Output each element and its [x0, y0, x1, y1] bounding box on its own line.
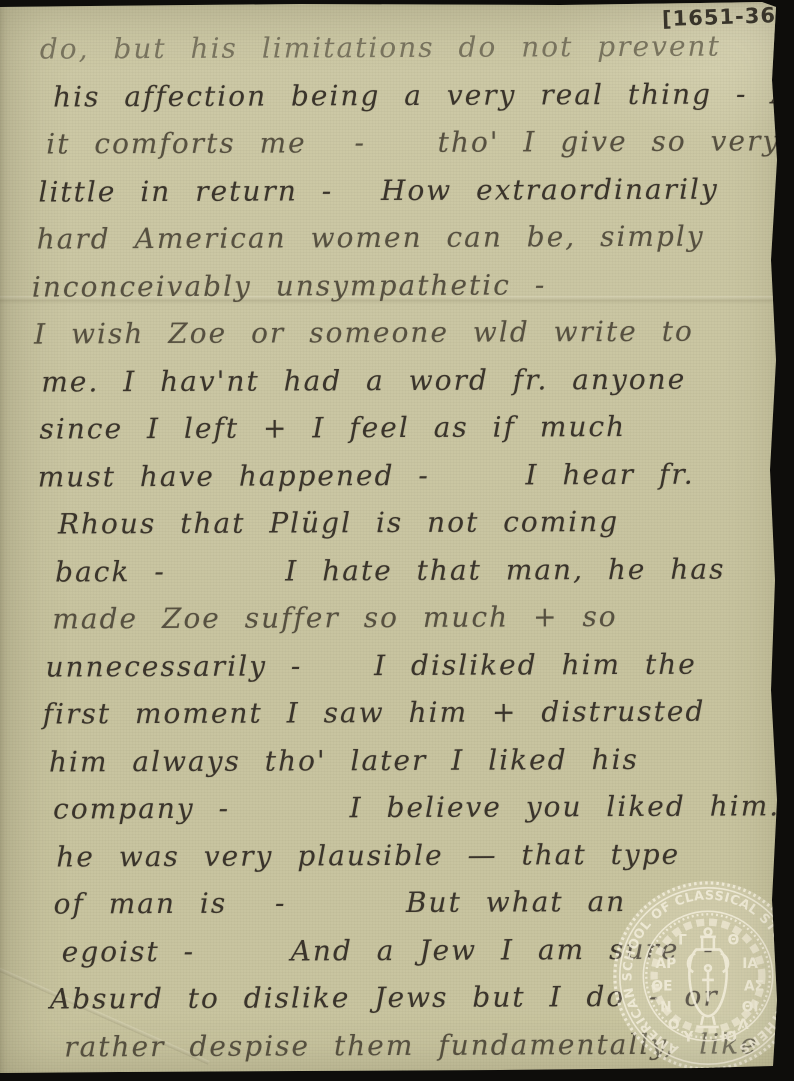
handwriting-line: first moment I saw him + distrusted — [43, 687, 791, 738]
handwriting-line: inconceivably unsympathetic - — [32, 260, 789, 311]
handwriting-line: do, but his limitations do not prevent — [40, 22, 788, 73]
handwriting-line: egoist - And a Jew I am sure - — [62, 925, 792, 976]
handwriting-line: since I left + I feel as if much — [39, 402, 789, 453]
handwriting-line: must have happened - I hear fr. — [38, 450, 790, 501]
handwriting-line: Rhous that Plügl is not coming — [58, 497, 790, 548]
handwritten-text-block: do, but his limitations do not prevent h… — [0, 22, 792, 1070]
handwriting-line: unnecessarily - I disliked him the — [45, 640, 790, 691]
handwriting-line: Absurd to dislike Jews but I do - or — [50, 972, 792, 1023]
handwriting-line: his affection being a very real thing - … — [53, 70, 788, 121]
handwriting-line: rather despise them fundamentally, like — [64, 1020, 792, 1071]
handwriting-line: of man is - But what an — [53, 877, 791, 928]
handwriting-line: it comforts me - tho' I give so very — [46, 117, 788, 168]
handwriting-line: hard American women can be, simply — [37, 212, 789, 263]
handwriting-line: he was very plausible — that type — [56, 830, 791, 881]
handwriting-line: me. I hav'nt had a word fr. anyone — [41, 355, 789, 406]
handwriting-line: company - I believe you liked him. — [53, 782, 791, 833]
handwriting-line: made Zoe suffer so much + so — [52, 592, 790, 643]
letter-paper: [1651-36] do, but his limitations do not… — [0, 0, 794, 1081]
handwriting-line: I wish Zoe or someone wld write to — [34, 307, 789, 358]
handwriting-line: back - I hate that man, he has — [55, 545, 790, 596]
scanned-letter-page: [1651-36] do, but his limitations do not… — [0, 0, 794, 1081]
handwriting-line: little in return - How extraordinarily — [38, 165, 788, 216]
handwriting-line: him always tho' later I liked his — [49, 735, 791, 786]
